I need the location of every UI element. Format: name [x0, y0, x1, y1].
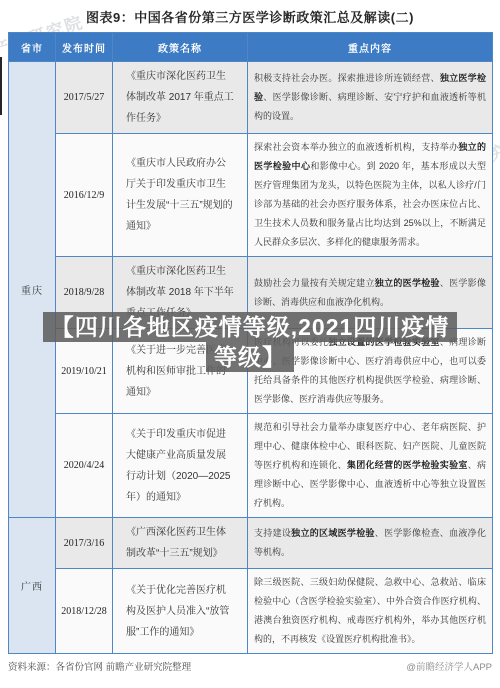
table-row: 重庆2017/5/27《重庆市深化医药卫生体制改革 2017 年重点工作任务》积…: [9, 62, 493, 134]
table-row: 2020/4/24《关于印发重庆市促进大健康产业高质量发展行动计划（2020—2…: [9, 414, 493, 518]
policy-name-cell: 《重庆市深化医药卫生体制改革 2017 年重点工作任务》: [113, 62, 248, 134]
policy-name-cell: 《广西深化医药卫生体制改革“十三五”规划》: [113, 518, 248, 569]
key-content-cell: 除三级医院、三级妇幼保健院、急救中心、急救站、临床检验中心（含医学检验实验室）、…: [248, 569, 493, 654]
infographic-page: 产业研究院 前瞻产业研究院 研究院 前瞻产业研究院 产业研究院 图表9：中国各省…: [0, 0, 500, 688]
date-cell: 2017/5/27: [56, 62, 113, 134]
key-content-cell: 规范和引导社会力量举办康复医疗中心、老年病医院、护理中心、健康体检中心、眼科医院…: [248, 414, 493, 518]
province-cell: 重庆: [9, 62, 56, 518]
column-header-date: 发布时间: [56, 33, 113, 62]
policy-name-cell: 《重庆市人民政府办公厅关于印发重庆市卫生计生发展“十三五”规划的通知》: [113, 134, 248, 257]
footer: 资料来源：各省份官网 前瞻产业研究院整理 @前瞻经济学人APP: [8, 659, 492, 673]
table-header-row: 省市 发布时间 政策名称 重点内容: [9, 33, 493, 62]
table-row: 2016/12/9《重庆市人民政府办公厅关于印发重庆市卫生计生发展“十三五”规划…: [9, 134, 493, 257]
date-cell: 2017/3/16: [56, 518, 113, 569]
source-note: 资料来源：各省份官网 前瞻产业研究院整理: [8, 659, 191, 673]
column-header-policy: 政策名称: [113, 33, 248, 62]
key-content-cell: 支持建设独立的区域医学检验、医学影像检查、血液净化等机构。: [248, 518, 493, 569]
column-header-province: 省市: [9, 33, 56, 62]
app-credit: @前瞻经济学人APP: [406, 659, 492, 673]
date-cell: 2018/12/28: [56, 569, 113, 654]
key-content-cell: 积极支持社会办医。探索推进诊所连锁经营、独立医学检验、医学影像诊断、病理诊断、安…: [248, 62, 493, 134]
policy-name-cell: 《关于优化完善医疗机构及医护人员准入“放管服”工作的通知》: [113, 569, 248, 654]
policy-name-cell: 《关于印发重庆市促进大健康产业高质量发展行动计划（2020—2025年）的通知》: [113, 414, 248, 518]
table-row: 2018/12/28《关于优化完善医疗机构及医护人员准入“放管服”工作的通知》除…: [9, 569, 493, 654]
page-title: 图表9：中国各省份第三方医学诊断政策汇总及解读(二): [0, 7, 500, 26]
province-cell: 广西: [9, 518, 56, 654]
column-header-content: 重点内容: [248, 33, 493, 62]
date-cell: 2020/4/24: [56, 414, 113, 518]
spam-overlay: 【四川各地区疫情等级,2021四川疫情 等级】: [0, 312, 500, 372]
screenshot-edge-artifact: [0, 57, 2, 115]
table-row: 广西2017/3/16《广西深化医药卫生体制改革“十三五”规划》支持建设独立的区…: [9, 518, 493, 569]
spam-overlay-line1: 【四川各地区疫情等级,2021四川疫情: [43, 312, 458, 342]
key-content-cell: 探索社会资本举办独立的血液透析机构，支持举办独立的医学检验中心和影像中心。到 2…: [248, 134, 493, 257]
date-cell: 2016/12/9: [56, 134, 113, 257]
spam-overlay-line2: 等级】: [206, 342, 294, 372]
